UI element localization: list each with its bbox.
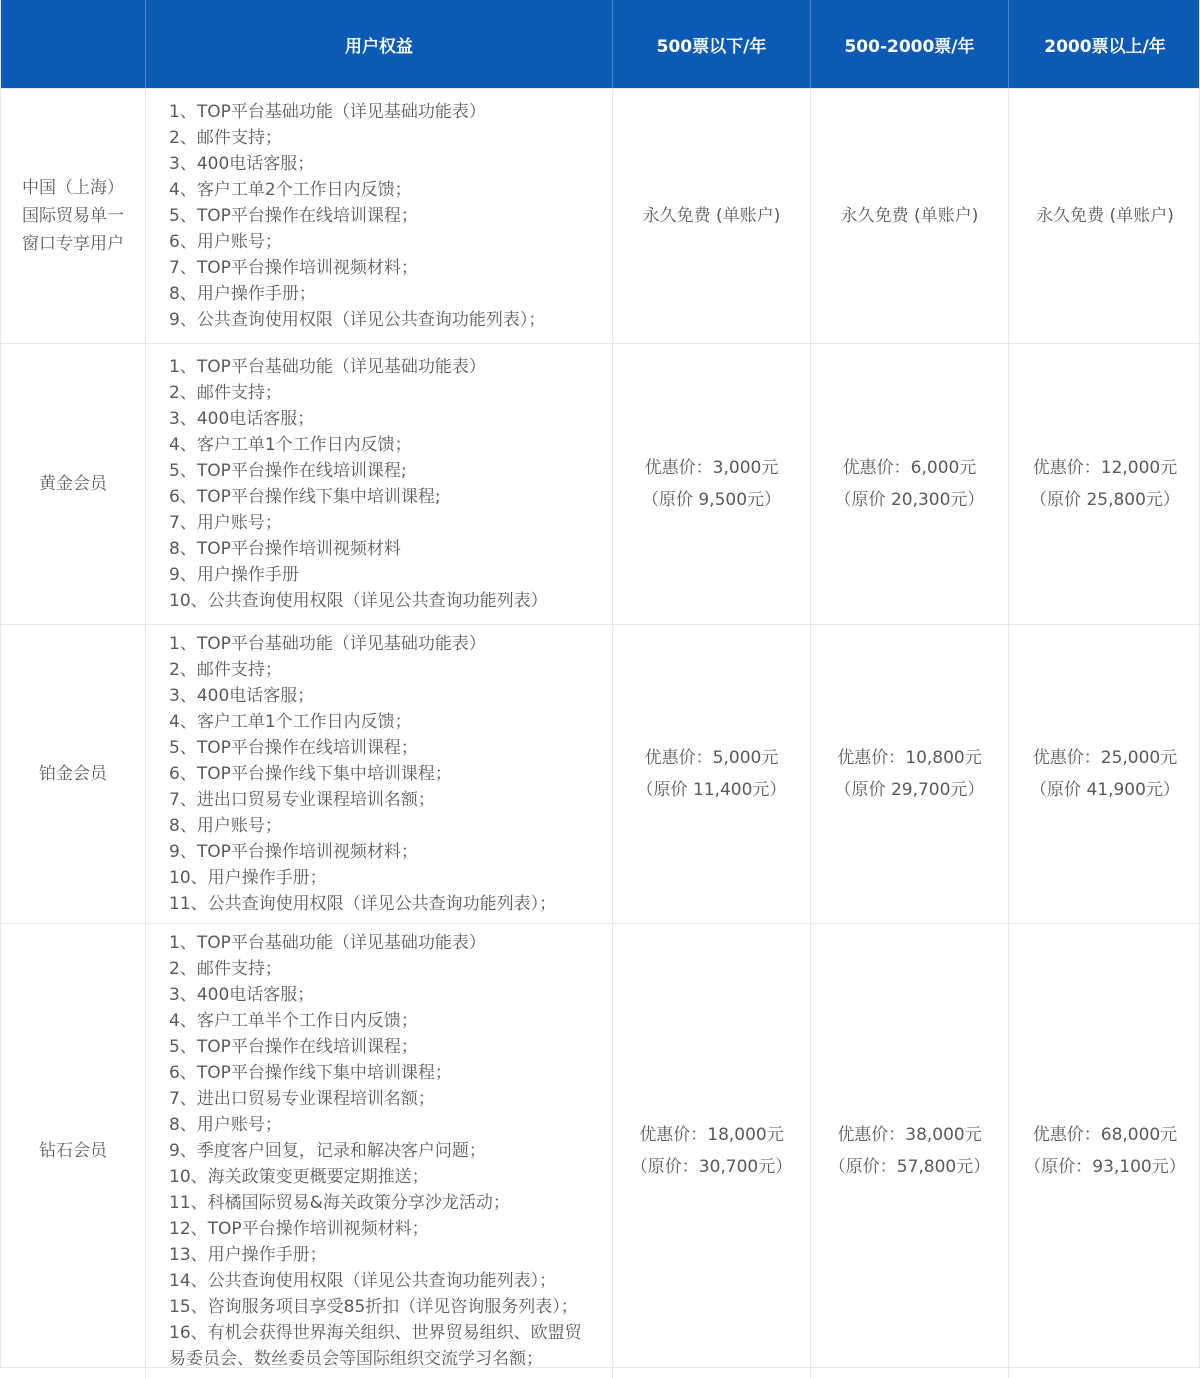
list-item: 4、客户工单1个工作日内反馈；: [169, 432, 548, 458]
list-item: 1、TOP平台基础功能（详见基础功能表）: [169, 930, 594, 956]
list-item: 14、公共查询使用权限（详见公共查询功能列表）；: [169, 1268, 594, 1294]
list-item: 15、咨询服务项目享受85折扣（详见咨询服务列表）；: [169, 1294, 594, 1320]
list-item: 5、TOP平台操作在线培训课程；: [169, 203, 545, 229]
tier-name-cell: 铂金会员: [1, 625, 146, 923]
list-item: 2、邮件支持；: [169, 380, 548, 406]
list-item: （原价 29,700元）: [835, 774, 985, 806]
list-item: （原价 25,800元）: [1030, 484, 1180, 516]
column-header-over-2000-tickets: 2000票以上/年: [1009, 0, 1200, 88]
list-item: 永久免费 (单账户): [643, 200, 781, 232]
list-item: 5、TOP平台操作在线培训课程；: [169, 1034, 594, 1060]
price-lines: 优惠价：6,000元（原价 20,300元）: [835, 452, 985, 516]
list-item: 7、TOP平台操作培训视频材料；: [169, 255, 545, 281]
list-item: 永久免费 (单账户): [841, 200, 979, 232]
benefits-list: 1、TOP平台基础功能（详见基础功能表）2、邮件支持；3、400电话客服；4、客…: [169, 930, 594, 1372]
benefits-list: 1、TOP平台基础功能（详见基础功能表）2、邮件支持；3、400电话客服；4、客…: [169, 99, 545, 333]
list-item: （原价 41,900元）: [1030, 774, 1180, 806]
list-item: （原价 11,400元）: [637, 774, 787, 806]
list-item: 优惠价：3,000元: [642, 452, 781, 484]
list-item: 16、有机会获得世界海关组织、世界贸易组织、欧盟贸易委员会、数丝委员会等国际组织…: [169, 1320, 594, 1372]
list-item: （原价 9,500元）: [642, 484, 781, 516]
list-item: 9、TOP平台操作培训视频材料；: [169, 839, 556, 865]
tier-name-cell: 钻石会员: [1, 924, 146, 1378]
list-item: 优惠价：6,000元: [835, 452, 985, 484]
list-item: 8、TOP平台操作培训视频材料: [169, 536, 548, 562]
price-cell-over-2000: 优惠价：12,000元（原价 25,800元）: [1009, 344, 1200, 624]
price-lines: 优惠价：5,000元（原价 11,400元）: [637, 742, 787, 806]
price-cell-500-2000: 优惠价：10,800元（原价 29,700元）: [811, 625, 1009, 923]
list-item: 4、客户工单1个工作日内反馈；: [169, 709, 556, 735]
tier-name-cell: 中国（上海）国际贸易单一窗口专享用户: [1, 89, 146, 343]
price-lines: 优惠价：12,000元（原价 25,800元）: [1030, 452, 1180, 516]
list-item: 9、公共查询使用权限（详见公共查询功能列表）；: [169, 307, 545, 333]
benefits-list: 1、TOP平台基础功能（详见基础功能表）2、邮件支持；3、400电话客服；4、客…: [169, 354, 548, 614]
price-lines: 优惠价：68,000元（原价：93,100元）: [1024, 1119, 1185, 1183]
price-lines: 优惠价：18,000元（原价：30,700元）: [631, 1119, 792, 1183]
list-item: （原价：93,100元）: [1024, 1151, 1185, 1183]
list-item: 3、400电话客服；: [169, 151, 545, 177]
list-item: 1、TOP平台基础功能（详见基础功能表）: [169, 99, 545, 125]
price-lines: 优惠价：38,000元（原价：57,800元）: [829, 1119, 990, 1183]
list-item: 7、进出口贸易专业课程培训名额；: [169, 1086, 594, 1112]
benefits-cell: 1、TOP平台基础功能（详见基础功能表）2、邮件支持；3、400电话客服；4、客…: [146, 344, 613, 624]
list-item: 4、客户工单2个工作日内反馈；: [169, 177, 545, 203]
list-item: （原价：30,700元）: [631, 1151, 792, 1183]
list-item: 5、TOP平台操作在线培训课程；: [169, 735, 556, 761]
benefits-cell: 1、TOP平台基础功能（详见基础功能表）2、邮件支持；3、400电话客服；4、客…: [146, 924, 613, 1378]
list-item: 1、TOP平台基础功能（详见基础功能表）: [169, 631, 556, 657]
list-item: 优惠价：18,000元: [631, 1119, 792, 1151]
list-item: 优惠价：68,000元: [1024, 1119, 1185, 1151]
price-cell-under-500: 优惠价：5,000元（原价 11,400元）: [613, 625, 811, 923]
list-item: 10、用户操作手册；: [169, 865, 556, 891]
list-item: 10、海关政策变更概要定期推送；: [169, 1164, 594, 1190]
list-item: 2、邮件支持；: [169, 956, 594, 982]
list-item: 9、用户操作手册: [169, 562, 548, 588]
membership-pricing-table: 用户权益 500票以下/年 500-2000票/年 2000票以上/年 中国（上…: [0, 0, 1200, 1368]
price-cell-500-2000: 永久免费 (单账户): [811, 89, 1009, 343]
list-item: 10、公共查询使用权限（详见公共查询功能列表）: [169, 588, 548, 614]
list-item: 6、用户账号；: [169, 229, 545, 255]
price-cell-under-500: 优惠价：18,000元（原价：30,700元）: [613, 924, 811, 1378]
price-lines: 永久免费 (单账户): [643, 200, 781, 232]
list-item: 3、400电话客服；: [169, 683, 556, 709]
price-cell-under-500: 优惠价：3,000元（原价 9,500元）: [613, 344, 811, 624]
list-item: 6、TOP平台操作线下集中培训课程;: [169, 484, 548, 510]
list-item: 5、TOP平台操作在线培训课程;: [169, 458, 548, 484]
tier-row-single-window-user: 中国（上海）国际贸易单一窗口专享用户 1、TOP平台基础功能（详见基础功能表）2…: [1, 88, 1199, 343]
list-item: 2、邮件支持；: [169, 125, 545, 151]
list-item: 1、TOP平台基础功能（详见基础功能表）: [169, 354, 548, 380]
tier-row-diamond-member: 钻石会员 1、TOP平台基础功能（详见基础功能表）2、邮件支持；3、400电话客…: [1, 923, 1199, 1368]
list-item: 3、400电话客服；: [169, 982, 594, 1008]
list-item: 6、TOP平台操作线下集中培训课程；: [169, 1060, 594, 1086]
list-item: （原价：57,800元）: [829, 1151, 990, 1183]
list-item: 11、公共查询使用权限（详见公共查询功能列表）；: [169, 891, 556, 917]
list-item: 优惠价：12,000元: [1030, 452, 1180, 484]
price-cell-over-2000: 永久免费 (单账户): [1009, 89, 1200, 343]
list-item: 优惠价：38,000元: [829, 1119, 990, 1151]
price-lines: 优惠价：3,000元（原价 9,500元）: [642, 452, 781, 516]
list-item: 8、用户操作手册；: [169, 281, 545, 307]
column-header-user-benefits: 用户权益: [146, 0, 613, 88]
tier-name-cell: 黄金会员: [1, 344, 146, 624]
price-lines: 优惠价：25,000元（原价 41,900元）: [1030, 742, 1180, 806]
price-lines: 优惠价：10,800元（原价 29,700元）: [835, 742, 985, 806]
price-lines: 永久免费 (单账户): [841, 200, 979, 232]
list-item: 9、季度客户回复，记录和解决客户问题；: [169, 1138, 594, 1164]
column-header-under-500-tickets: 500票以下/年: [613, 0, 811, 88]
list-item: 优惠价：5,000元: [637, 742, 787, 774]
list-item: 3、400电话客服；: [169, 406, 548, 432]
list-item: 11、科橘国际贸易&海关政策分享沙龙活动；: [169, 1190, 594, 1216]
benefits-list: 1、TOP平台基础功能（详见基础功能表）2、邮件支持；3、400电话客服；4、客…: [169, 631, 556, 917]
price-cell-under-500: 永久免费 (单账户): [613, 89, 811, 343]
list-item: 7、进出口贸易专业课程培训名额；: [169, 787, 556, 813]
price-cell-500-2000: 优惠价：6,000元（原价 20,300元）: [811, 344, 1009, 624]
benefits-cell: 1、TOP平台基础功能（详见基础功能表）2、邮件支持；3、400电话客服；4、客…: [146, 625, 613, 923]
price-cell-500-2000: 优惠价：38,000元（原价：57,800元）: [811, 924, 1009, 1378]
benefits-cell: 1、TOP平台基础功能（详见基础功能表）2、邮件支持；3、400电话客服；4、客…: [146, 89, 613, 343]
list-item: 优惠价：25,000元: [1030, 742, 1180, 774]
list-item: 优惠价：10,800元: [835, 742, 985, 774]
list-item: 13、用户操作手册；: [169, 1242, 594, 1268]
list-item: （原价 20,300元）: [835, 484, 985, 516]
list-item: 8、用户账号；: [169, 813, 556, 839]
list-item: 永久免费 (单账户): [1036, 200, 1174, 232]
price-lines: 永久免费 (单账户): [1036, 200, 1174, 232]
list-item: 6、TOP平台操作线下集中培训课程；: [169, 761, 556, 787]
table-header-row: 用户权益 500票以下/年 500-2000票/年 2000票以上/年: [1, 0, 1199, 88]
list-item: 12、TOP平台操作培训视频材料；: [169, 1216, 594, 1242]
tier-row-gold-member: 黄金会员 1、TOP平台基础功能（详见基础功能表）2、邮件支持；3、400电话客…: [1, 343, 1199, 624]
list-item: 2、邮件支持；: [169, 657, 556, 683]
price-cell-over-2000: 优惠价：25,000元（原价 41,900元）: [1009, 625, 1200, 923]
list-item: 8、用户账号；: [169, 1112, 594, 1138]
price-cell-over-2000: 优惠价：68,000元（原价：93,100元）: [1009, 924, 1200, 1378]
list-item: 7、用户账号；: [169, 510, 548, 536]
column-header-500-2000-tickets: 500-2000票/年: [811, 0, 1009, 88]
tier-row-platinum-member: 铂金会员 1、TOP平台基础功能（详见基础功能表）2、邮件支持；3、400电话客…: [1, 624, 1199, 923]
column-header-blank: [1, 0, 146, 88]
list-item: 4、客户工单半个工作日内反馈；: [169, 1008, 594, 1034]
